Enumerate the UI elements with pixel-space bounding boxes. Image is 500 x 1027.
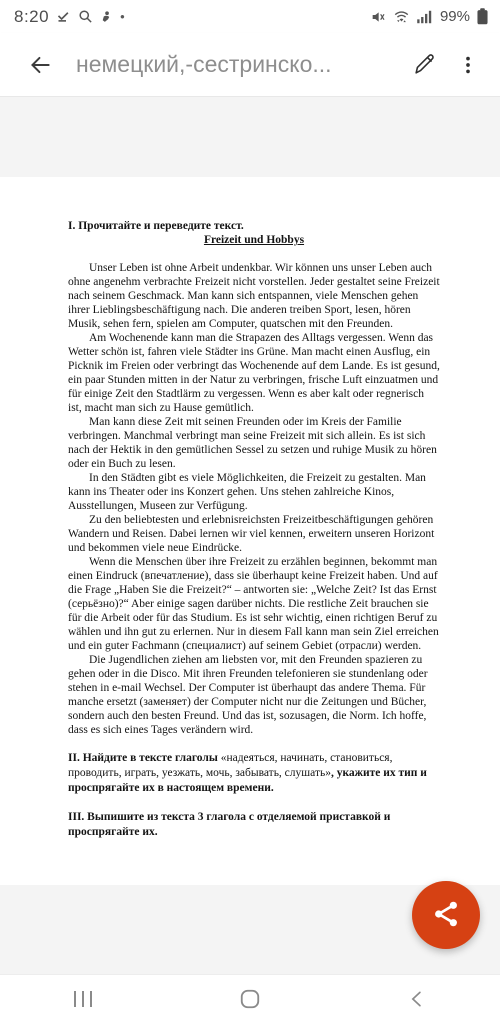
share-fab[interactable] — [412, 881, 480, 949]
app-bar: немецкий,-сестринско... — [0, 33, 500, 97]
paragraph: Die Jugendlichen ziehen am liebsten vor,… — [68, 653, 440, 737]
search-icon — [78, 9, 93, 24]
recents-icon — [72, 989, 94, 1012]
document-viewer[interactable]: I. Прочитайте и переведите текст. Freize… — [0, 97, 500, 974]
signal-icon — [417, 10, 433, 24]
recents-button[interactable] — [0, 975, 167, 1026]
paragraph: Am Wochenende kann man die Strapazen des… — [68, 331, 440, 415]
screen: 8:20 • 99% — [0, 0, 500, 1027]
status-bar: 8:20 • 99% — [0, 0, 500, 33]
task3-heading: III. Выпишите из текста 3 глагола с отде… — [68, 810, 440, 840]
paragraph: Man kann diese Zeit mit seinen Freunden … — [68, 415, 440, 471]
smart-capture-icon — [56, 9, 71, 24]
task2-heading: II. Найдите в тексте глаголы «надеяться,… — [68, 751, 440, 796]
overflow-menu-icon[interactable] — [446, 43, 490, 87]
paragraph: Wenn die Menschen über ihre Freizeit zu … — [68, 555, 440, 653]
clock: 8:20 — [14, 7, 49, 27]
document-title: немецкий,-сестринско... — [76, 51, 402, 78]
status-bar-left: 8:20 • — [14, 7, 125, 27]
battery-percent: 99% — [440, 8, 470, 25]
task1-heading: I. Прочитайте и переведите текст. — [68, 219, 440, 233]
home-button[interactable] — [167, 975, 334, 1026]
edit-pencil-icon[interactable] — [402, 43, 446, 87]
back-arrow-icon[interactable] — [18, 43, 62, 87]
paragraph: Zu den beliebtesten und erlebnisreichste… — [68, 513, 440, 555]
status-bar-right: 99% — [370, 8, 488, 25]
navigation-bar — [0, 974, 500, 1026]
home-icon — [239, 988, 261, 1013]
paragraph: Unser Leben ist ohne Arbeit undenkbar. W… — [68, 261, 440, 331]
overflow-dot: • — [120, 10, 125, 23]
paragraph: In den Städten gibt es viele Möglichkeit… — [68, 471, 440, 513]
back-button[interactable] — [333, 975, 500, 1026]
person-icon — [100, 10, 113, 24]
document-page: I. Прочитайте и переведите текст. Freize… — [0, 177, 500, 885]
share-icon — [430, 898, 462, 933]
battery-icon — [477, 8, 488, 25]
wifi-icon — [393, 9, 410, 24]
document-text: I. Прочитайте и переведите текст. Freize… — [0, 177, 500, 840]
back-icon — [407, 988, 427, 1013]
text-title: Freizeit und Hobbys — [68, 233, 440, 247]
mute-icon — [370, 9, 386, 25]
